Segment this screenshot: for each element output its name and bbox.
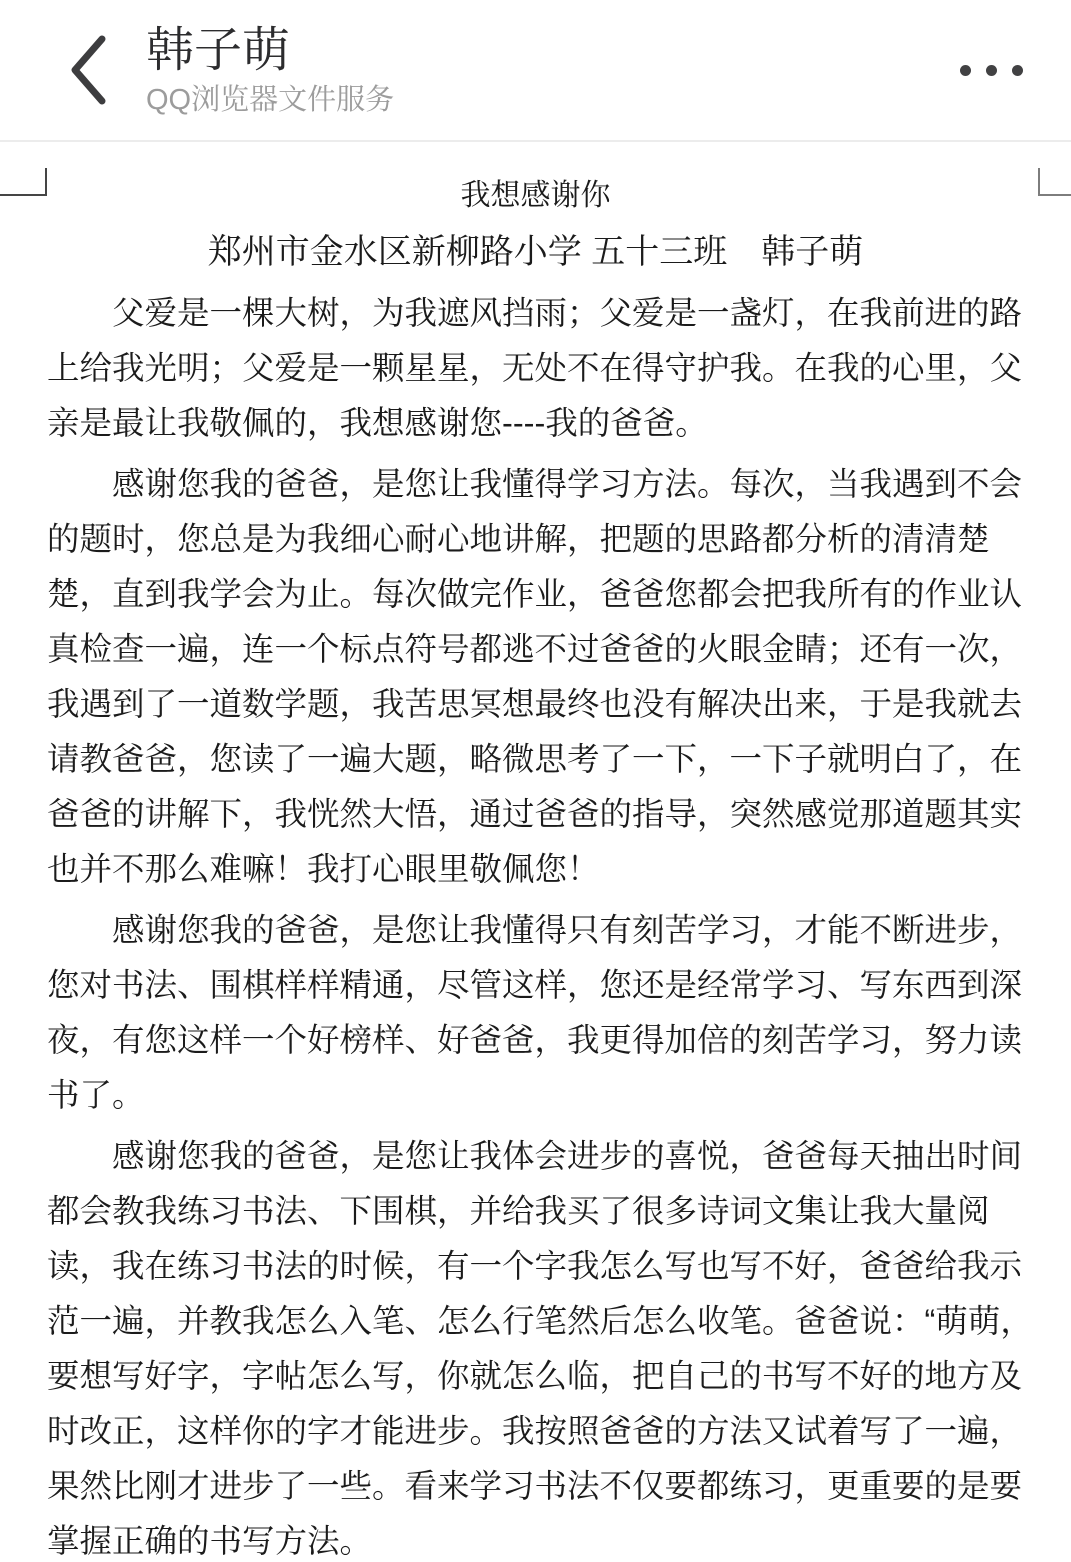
text-line: 范一遍，并教我怎么入笔、怎么行笔然后怎么收笔。爸爸说：“萌萌， xyxy=(47,1294,1024,1349)
back-button[interactable] xyxy=(68,29,112,111)
paragraph: 感谢您我的爸爸，是您让我懂得学习方法。每次，当我遇到不会 的题时，您总是为我细心… xyxy=(47,457,1024,897)
text-line: 读，我在练习书法的时候，有一个字我怎么写也写不好，爸爸给我示 xyxy=(47,1239,1024,1294)
text-line: 父爱是一棵大树，为我遮风挡雨；父爱是一盏灯，在我前进的路 xyxy=(47,286,1024,341)
paragraph: 感谢您我的爸爸，是您让我懂得只有刻苦学习，才能不断进步， 您对书法、围棋样样精通… xyxy=(47,903,1024,1123)
text-line: 真检查一遍，连一个标点符号都逃不过爸爸的火眼金睛；还有一次， xyxy=(47,622,1024,677)
ellipsis-icon xyxy=(986,65,997,76)
header-subtitle: QQ浏览器文件服务 xyxy=(146,83,394,117)
text-line: 的题时，您总是为我细心耐心地讲解，把题的思路都分析的清清楚 xyxy=(47,512,1024,567)
document-byline: 郑州市金水区新柳路小学 五十三班 韩子萌 xyxy=(47,224,1024,280)
text-line: 夜，有您这样一个好榜样、好爸爸，我更得加倍的刻苦学习，努力读 xyxy=(47,1013,1024,1068)
ellipsis-icon xyxy=(1012,65,1023,76)
text-line: 掌握正确的书写方法。 xyxy=(47,1514,1024,1562)
text-line: 都会教我练习书法、下围棋，并给我买了很多诗词文集让我大量阅 xyxy=(47,1184,1024,1239)
header-bar: 韩子萌 QQ浏览器文件服务 xyxy=(0,0,1071,142)
paragraph: 父爱是一棵大树，为我遮风挡雨；父爱是一盏灯，在我前进的路 上给我光明；父爱是一颗… xyxy=(47,286,1024,451)
document-content: 我想感谢你 郑州市金水区新柳路小学 五十三班 韩子萌 父爱是一棵大树，为我遮风挡… xyxy=(0,168,1071,1562)
page-corner-mark-right xyxy=(1038,168,1071,196)
text-line: 感谢您我的爸爸，是您让我体会进步的喜悦，爸爸每天抽出时间 xyxy=(47,1129,1024,1184)
back-chevron-icon xyxy=(68,34,108,106)
page-corner-mark-left xyxy=(0,168,47,196)
text-line: 亲是最让我敬佩的，我想感谢您----我的爸爸。 xyxy=(47,396,1024,451)
text-line: 也并不那么难嘛！我打心眼里敬佩您！ xyxy=(47,842,1024,897)
text-line: 果然比刚才进步了一些。看来学习书法不仅要都练习，更重要的是要 xyxy=(47,1459,1024,1514)
document-title: 我想感谢你 xyxy=(47,168,1024,224)
text-line: 楚，直到我学会为止。每次做完作业，爸爸您都会把我所有的作业认 xyxy=(47,567,1024,622)
text-line: 书了。 xyxy=(47,1068,1024,1123)
text-line: 时改正，这样你的字才能进步。我按照爸爸的方法又试着写了一遍， xyxy=(47,1404,1024,1459)
text-line: 感谢您我的爸爸，是您让我懂得只有刻苦学习，才能不断进步， xyxy=(47,903,1024,958)
header-title: 韩子萌 xyxy=(146,24,394,78)
text-line: 爸爸的讲解下，我恍然大悟，通过爸爸的指导，突然感觉那道题其实 xyxy=(47,787,1024,842)
text-line: 您对书法、围棋样样精通，尽管这样，您还是经常学习、写东西到深 xyxy=(47,958,1024,1013)
ellipsis-icon xyxy=(960,65,971,76)
text-line: 上给我光明；父爱是一颗星星，无处不在得守护我。在我的心里，父 xyxy=(47,341,1024,396)
text-line: 感谢您我的爸爸，是您让我懂得学习方法。每次，当我遇到不会 xyxy=(47,457,1024,512)
document-page: 我想感谢你 郑州市金水区新柳路小学 五十三班 韩子萌 父爱是一棵大树，为我遮风挡… xyxy=(0,168,1071,1562)
text-line: 我遇到了一道数学题，我苦思冥想最终也没有解决出来，于是我就去 xyxy=(47,677,1024,732)
paragraph: 感谢您我的爸爸，是您让我体会进步的喜悦，爸爸每天抽出时间 都会教我练习书法、下围… xyxy=(47,1129,1024,1562)
text-line: 请教爸爸，您读了一遍大题，略微思考了一下，一下子就明白了，在 xyxy=(47,732,1024,787)
text-line: 要想写好字，字帖怎么写，你就怎么临，把自己的书写不好的地方及 xyxy=(47,1349,1024,1404)
header-title-block: 韩子萌 QQ浏览器文件服务 xyxy=(146,24,394,117)
more-menu-button[interactable] xyxy=(956,29,1027,111)
qq-browser-file-viewer: 韩子萌 QQ浏览器文件服务 我想感谢你 郑州市金水区新柳路小学 五十三班 韩子萌… xyxy=(0,0,1071,1562)
